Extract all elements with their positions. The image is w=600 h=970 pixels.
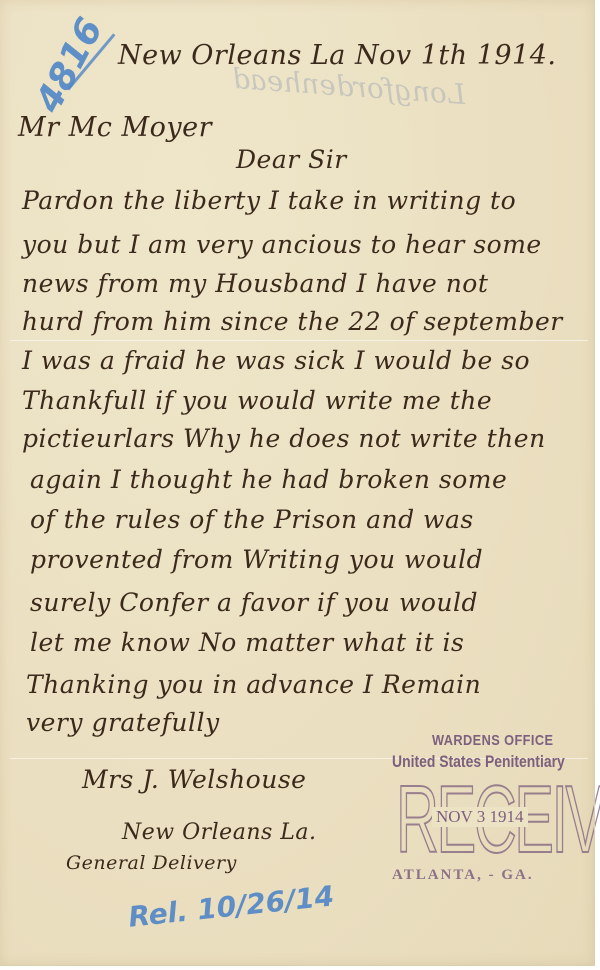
stamp-location: ATLANTA, - GA. bbox=[392, 867, 534, 884]
body-line: very gratefully bbox=[26, 708, 220, 737]
body-line: news from my Housband I have not bbox=[22, 269, 488, 298]
body-line: you but I am very ancious to hear some bbox=[22, 230, 542, 259]
letter-paper: Longfordenhead 4816 New Orleans La Nov 1… bbox=[0, 0, 594, 965]
addressee: Mr Mc Moyer bbox=[18, 112, 212, 143]
body-line: let me know No matter what it is bbox=[30, 628, 464, 657]
file-number: 4816 bbox=[28, 12, 111, 120]
signature-delivery: General Delivery bbox=[66, 852, 237, 874]
fold-crease bbox=[10, 340, 588, 341]
paper-edge bbox=[594, 0, 595, 965]
body-line: pictieurlars Why he does not write then bbox=[22, 424, 546, 453]
signature-name: Mrs J. Welshouse bbox=[82, 765, 306, 794]
body-line: provented from Writing you would bbox=[30, 545, 483, 574]
release-note: Rel. 10/26/14 bbox=[127, 879, 336, 933]
stamp-office: WARDENS OFFICE bbox=[432, 732, 553, 749]
body-line: Thankfull if you would write me the bbox=[22, 386, 492, 415]
body-line: Thanking you in advance I Remain bbox=[26, 670, 481, 699]
received-stamp: WARDENS OFFICE United States Penitentiar… bbox=[392, 732, 592, 892]
place-date: New Orleans La Nov 1th 1914. bbox=[118, 40, 557, 71]
body-line: hurd from him since the 22 of september bbox=[22, 307, 563, 336]
signature-city: New Orleans La. bbox=[122, 820, 317, 845]
body-line: surely Confer a favor if you would bbox=[30, 588, 478, 617]
paper-edge bbox=[0, 965, 595, 966]
stamp-date: NOV 3 1914 bbox=[432, 807, 528, 827]
body-line: Pardon the liberty I take in writing to bbox=[22, 186, 516, 215]
body-line: of the rules of the Prison and was bbox=[30, 505, 474, 534]
greeting: Dear Sir bbox=[236, 145, 347, 174]
body-line: again I thought he had broken some bbox=[30, 465, 507, 494]
body-line: I was a fraid he was sick I would be so bbox=[22, 346, 530, 375]
